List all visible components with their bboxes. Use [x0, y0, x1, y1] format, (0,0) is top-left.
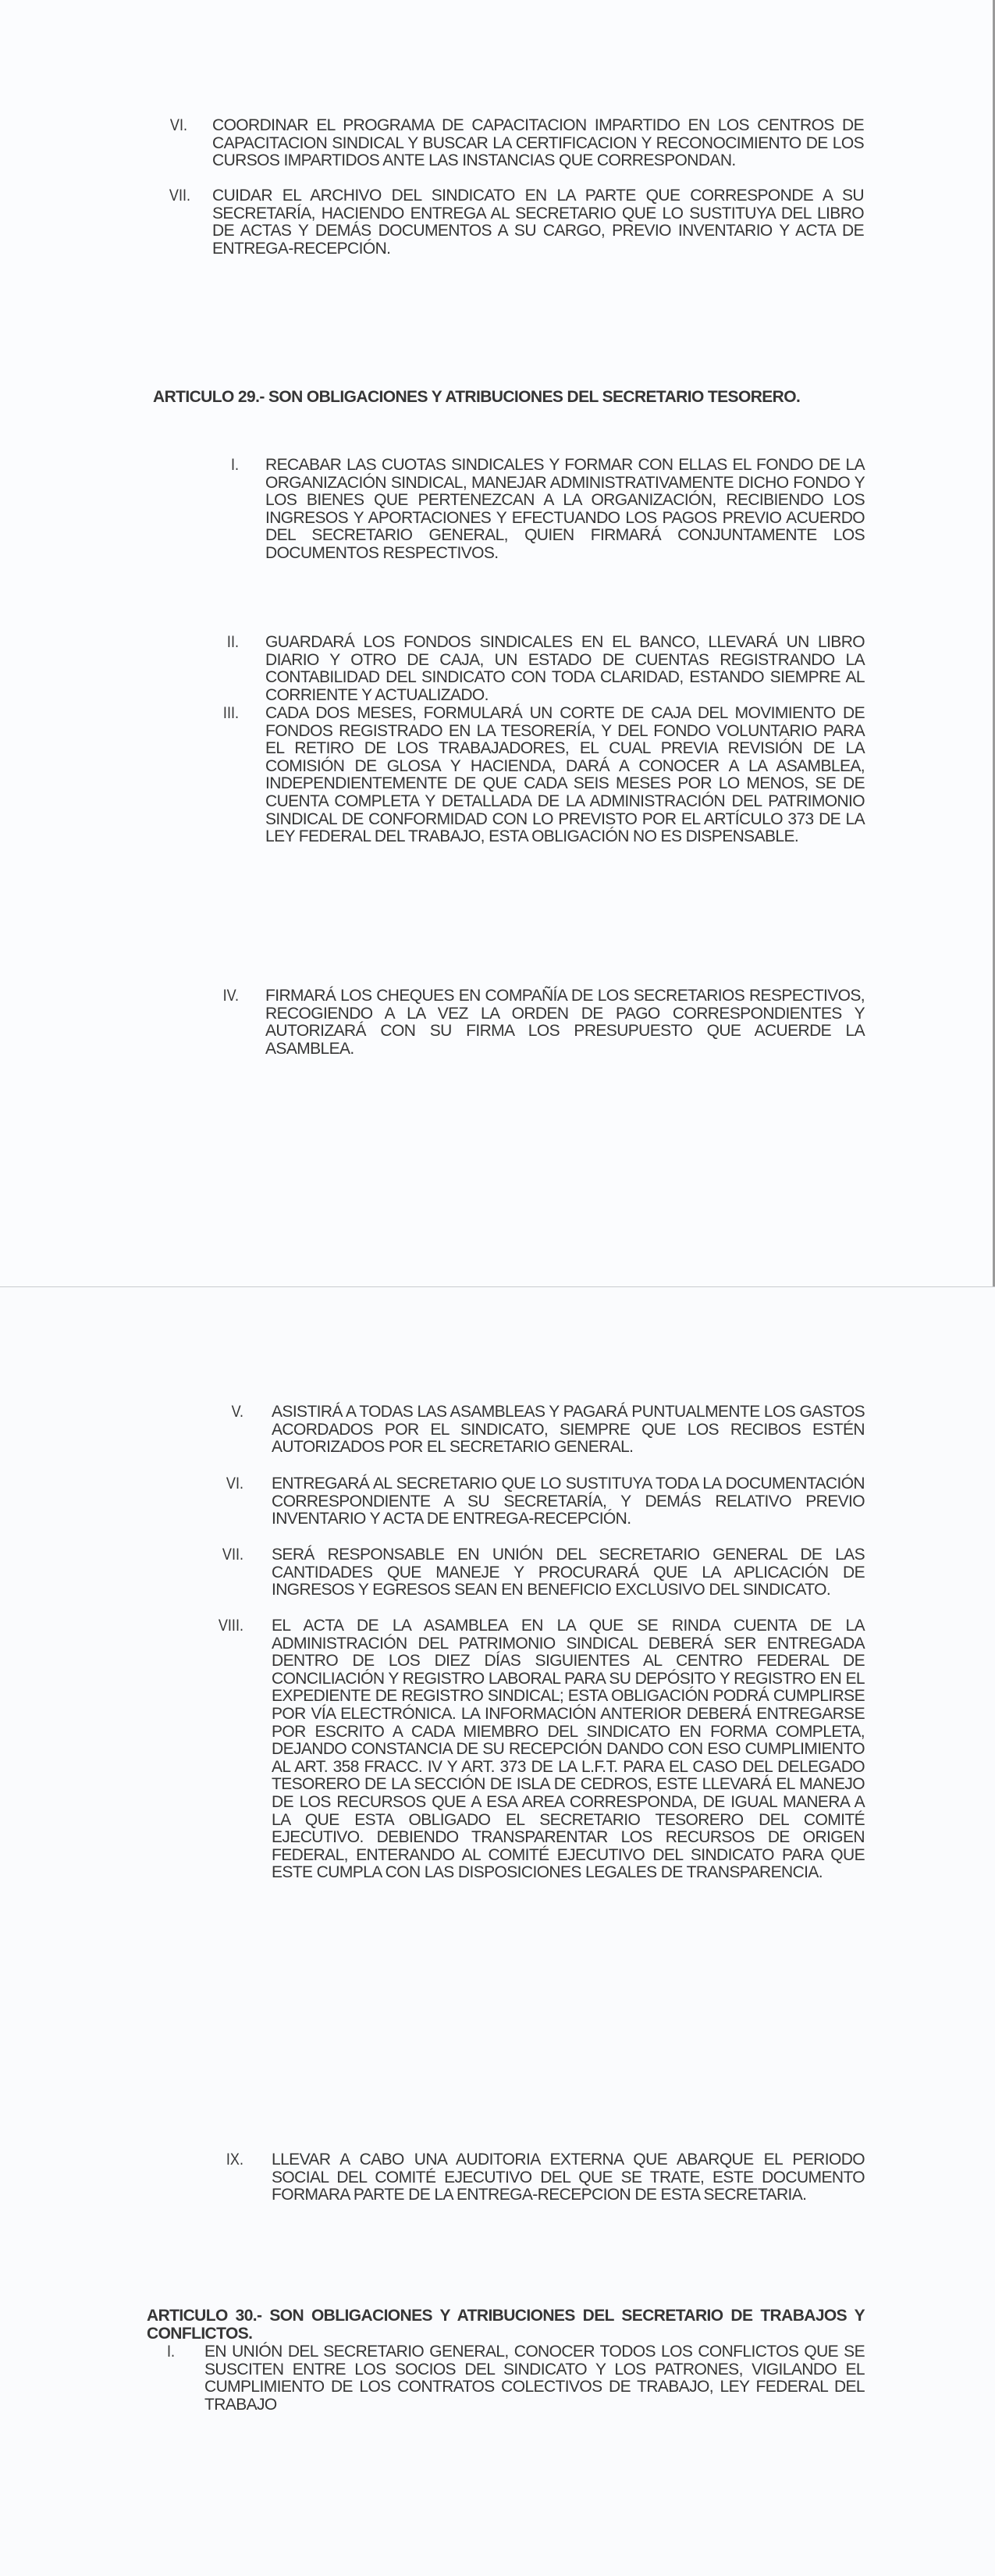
article-30-heading: ARTICULO 30.- SON OBLIGACIONES Y ATRIBUC… [147, 2307, 865, 2343]
item-numeral: VI. [147, 117, 187, 135]
item-text: ENTREGARÁ AL SECRETARIO QUE LO SUSTITUYA… [272, 1475, 865, 1528]
document-page-1: VI. COORDINAR EL PROGRAMA DE CAPACITACIO… [0, 0, 995, 1286]
item-text: EN UNIÓN DEL SECRETARIO GENERAL, CONOCER… [204, 2343, 865, 2414]
item-text: SERÁ RESPONSABLE EN UNIÓN DEL SECRETARIO… [272, 1546, 865, 1599]
document-page-2: V. ASISTIRÁ A TODAS LAS ASAMBLEAS Y PAGA… [0, 1287, 995, 2576]
item-numeral: II. [208, 634, 239, 652]
item-text: RECABAR LAS CUOTAS SINDICALES Y FORMAR C… [265, 457, 865, 563]
item-numeral: I. [158, 2343, 175, 2361]
item-text: FIRMARÁ LOS CHEQUES EN COMPAÑÍA DE LOS S… [265, 987, 865, 1058]
item-numeral: VI. [208, 1475, 243, 1493]
item-text: ASISTIRÁ A TODAS LAS ASAMBLEAS Y PAGARÁ … [272, 1404, 865, 1457]
list-item: VII. CUIDAR EL ARCHIVO DEL SINDICATO EN … [0, 187, 995, 277]
item-text: CUIDAR EL ARCHIVO DEL SINDICATO EN LA PA… [212, 187, 864, 258]
item-numeral: III. [208, 705, 239, 723]
item-numeral: V. [208, 1404, 243, 1421]
item-numeral: VII. [208, 1546, 243, 1564]
item-numeral: IX. [208, 2151, 243, 2169]
item-numeral: IV. [208, 987, 239, 1005]
article-29-heading: ARTICULO 29.- SON OBLIGACIONES Y ATRIBUC… [153, 388, 865, 406]
item-text: COORDINAR EL PROGRAMA DE CAPACITACION IM… [212, 117, 864, 170]
item-text: GUARDARÁ LOS FONDOS SINDICALES EN EL BAN… [265, 634, 865, 704]
item-text: EL ACTA DE LA ASAMBLEA EN LA QUE SE RIND… [272, 1617, 865, 1882]
item-numeral: VIII. [202, 1617, 243, 1635]
list-item: VI. COORDINAR EL PROGRAMA DE CAPACITACIO… [0, 117, 995, 189]
item-text: CADA DOS MESES, FORMULARÁ UN CORTE DE CA… [265, 705, 865, 846]
item-text: LLEVAR A CABO UNA AUDITORIA EXTERNA QUE … [272, 2151, 865, 2204]
item-numeral: I. [208, 457, 239, 475]
item-numeral: VII. [147, 187, 190, 205]
